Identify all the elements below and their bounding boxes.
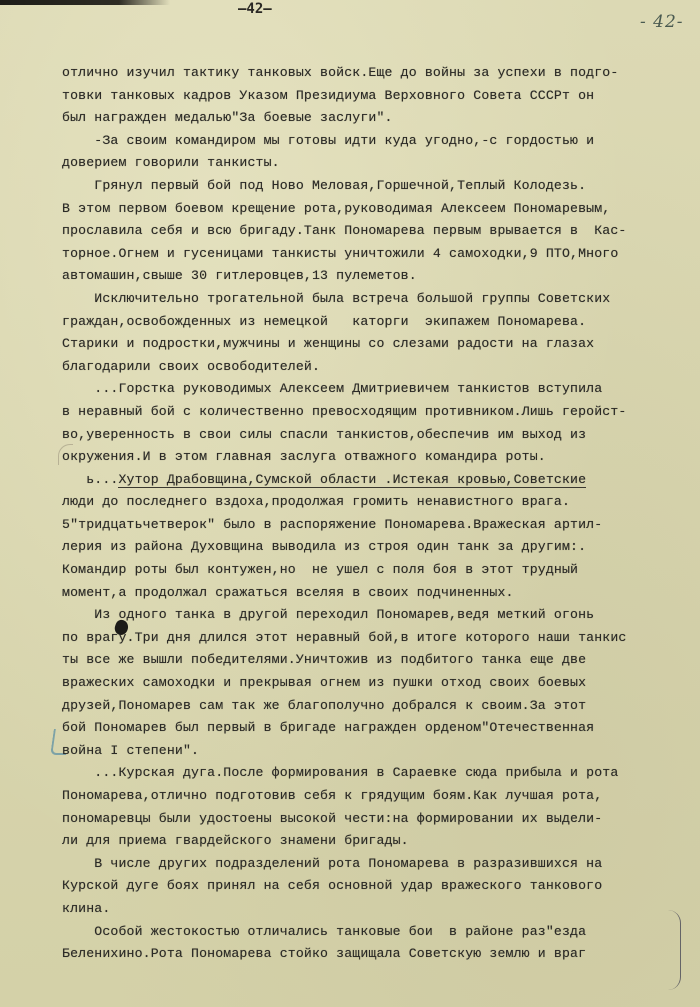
text-line: был награжден медалью"За боевые заслуги"… bbox=[62, 107, 700, 130]
text-line: отлично изучил тактику танковых войск.Ещ… bbox=[62, 62, 700, 85]
document-page: —42— - 42- отлично изучил тактику танков… bbox=[0, 0, 700, 1007]
text-line: -За своим командиром мы готовы идти куда… bbox=[62, 130, 700, 153]
text-line: пономаревцы были удостоены высокой чести… bbox=[62, 808, 700, 831]
text-line: доверием говорили танкисты. bbox=[62, 152, 700, 175]
text-line: Командир роты был контужен,но не ушел с … bbox=[62, 559, 700, 582]
text-line: торное.Огнем и гусеницами танкисты уничт… bbox=[62, 243, 700, 266]
text-line: люди до последнего вздоха,продолжая гром… bbox=[62, 491, 700, 514]
text-line: прославила себя и всю бригаду.Танк Поном… bbox=[62, 220, 700, 243]
text-line: Из одного танка в другой переходил Поном… bbox=[62, 604, 700, 627]
handwritten-page-number: - 42- bbox=[640, 12, 684, 32]
text-line: граждан,освобожденных из немецкой каторг… bbox=[62, 311, 700, 334]
text-line: ...Курская дуга.После формирования в Сар… bbox=[62, 762, 700, 785]
text-line: автомашин,свыше 30 гитлеровцев,13 пулеме… bbox=[62, 265, 700, 288]
text-line: бой Пономарев был первый в бригаде награ… bbox=[62, 717, 700, 740]
text-line: В числе других подразделений рота Понома… bbox=[62, 853, 700, 876]
underlined-text: Хутор Драбовщина,Сумской области .Истека… bbox=[118, 472, 586, 488]
text-line: лерия из района Духовщина выводила из ст… bbox=[62, 536, 700, 559]
text-line: друзей,Пономарев сам так же благополучно… bbox=[62, 695, 700, 718]
text-line: Старики и подростки,мужчины и женщины со… bbox=[62, 333, 700, 356]
text-line: Пономарева,отлично подготовив себя к гря… bbox=[62, 785, 700, 808]
text-line: по врагу.Три дня длился этот неравный бо… bbox=[62, 627, 700, 650]
text-line: ь...Хутор Драбовщина,Сумской области .Ис… bbox=[62, 469, 700, 492]
text-line: Курской дуге боях принял на себя основно… bbox=[62, 875, 700, 898]
text-line: в неравный бой с количественно превосход… bbox=[62, 401, 700, 424]
text-line: окружения.И в этом главная заслуга отваж… bbox=[62, 446, 700, 469]
text-line: клина. bbox=[62, 898, 700, 921]
typewritten-body: отлично изучил тактику танковых войск.Ещ… bbox=[62, 62, 700, 966]
text-line: Беленихино.Рота Пономарева стойко защища… bbox=[62, 943, 700, 966]
text-line: Особой жестокостью отличались танковые б… bbox=[62, 921, 700, 944]
text-line: ты все же вышли победителями.Уничтожив и… bbox=[62, 649, 700, 672]
text-line: Грянул первый бой под Ново Меловая,Горше… bbox=[62, 175, 700, 198]
text-line: товки танковых кадров Указом Президиума … bbox=[62, 85, 700, 108]
text-line: В этом первом боевом крещение рота,руков… bbox=[62, 198, 700, 221]
text-line: 5"тридцатьчетверок" было в распоряжение … bbox=[62, 514, 700, 537]
text-line: вражеских самоходки и прекрывая огнем из… bbox=[62, 672, 700, 695]
text-line: ...Горстка руководимых Алексеем Дмитриев… bbox=[62, 378, 700, 401]
text-line: момент,а продолжал сражаться вселяя в св… bbox=[62, 582, 700, 605]
text-line: благодарили своих освободителей. bbox=[62, 356, 700, 379]
scan-edge bbox=[0, 0, 170, 5]
text-line: война I степени". bbox=[62, 740, 700, 763]
text-line: ли для приема гвардейского знамени брига… bbox=[62, 830, 700, 853]
typed-page-number: —42— bbox=[238, 1, 272, 17]
text-line: Исключительно трогательной была встреча … bbox=[62, 288, 700, 311]
text-line: во,уверенность в свои силы спасли танкис… bbox=[62, 424, 700, 447]
